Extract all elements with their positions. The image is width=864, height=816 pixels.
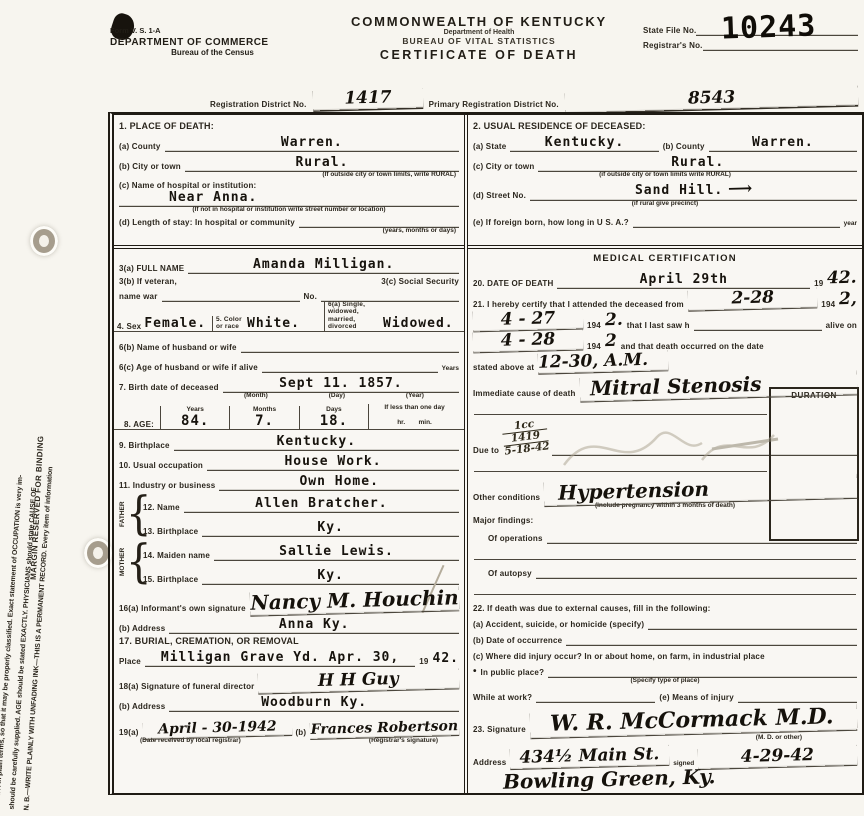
- field-caption: (If outside city or town limits, write R…: [322, 171, 456, 178]
- field-caption: (if rural give precinct): [632, 200, 698, 207]
- place-of-death-section: 1. PLACE OF DEATH: (a) CountyWarren. (b)…: [114, 115, 464, 249]
- marital-value: Widowed.: [383, 316, 454, 331]
- field-label: 18(a) Signature of funeral director: [119, 682, 254, 691]
- field-label: No.: [304, 292, 318, 301]
- pencil-scribble: [552, 415, 782, 485]
- field-label: 6(c) Age of husband or wife if alive: [119, 363, 258, 372]
- district-label: Registration District No.: [210, 100, 307, 109]
- hr-caption: hr.: [397, 419, 405, 426]
- father-birthplace-value: Ky.: [202, 520, 459, 536]
- field-label: While at work?: [473, 693, 532, 702]
- field-label: 13. Birthplace: [143, 527, 198, 536]
- year-prefix: 194: [821, 300, 835, 309]
- sex-color-marital-row: 4. Sex Female. 5. Color or race White. 6…: [114, 301, 464, 332]
- father-section: FATHER { 12. NameAllen Bratcher. 13. Bir…: [114, 490, 464, 538]
- certify-text: stated above at: [473, 363, 534, 372]
- mother-side-label: MOTHER: [114, 538, 126, 586]
- hospital-value: Near Anna.: [119, 190, 459, 206]
- state-file-number-stamp: 10243: [720, 8, 816, 46]
- section-title: 2. USUAL RESIDENCE OF DECEASED:: [473, 121, 646, 131]
- physician-city: Bowling Green, Ky.: [503, 764, 716, 794]
- informant-address: Anna Ky.: [169, 617, 459, 633]
- field-label: (d) Length of stay: In hospital or commu…: [119, 218, 295, 227]
- certificate-body: 1. PLACE OF DEATH: (a) CountyWarren. (b)…: [108, 112, 864, 795]
- age-years-value: 84.: [181, 413, 209, 429]
- age-days-value: 18.: [320, 413, 348, 429]
- field-label: (e) Means of injury: [659, 693, 733, 702]
- last-seen-year: 2: [605, 331, 617, 351]
- duration-box: DURATION: [769, 387, 859, 541]
- field-label: Place: [119, 657, 141, 666]
- field-label: (d) Street No.: [473, 191, 526, 200]
- brace: {: [126, 534, 138, 589]
- informant-signature: Nancy M. Houchin: [250, 585, 460, 615]
- date-of-death-value: April 29th: [557, 272, 810, 288]
- field-label: (b): [295, 728, 306, 737]
- field-label: (c) City or town: [473, 162, 534, 171]
- father-name-value: Allen Bratcher.: [184, 496, 459, 512]
- vital-statistics: BUREAU OF VITAL STATISTICS: [315, 36, 643, 46]
- date-received-value: April - 30-1942: [142, 718, 291, 739]
- field-label: 23. Signature: [473, 725, 526, 734]
- certify-text: alive on: [826, 321, 857, 330]
- full-name-value: Amanda Milligan.: [188, 257, 459, 273]
- field-label: (b) City or town: [119, 162, 181, 171]
- field-label: Of operations: [488, 534, 543, 543]
- field-caption: (years, months or days): [383, 227, 456, 234]
- field-label: 3(c) Social Security: [381, 277, 459, 286]
- certify-text: that I last saw h: [627, 321, 690, 330]
- birthdate-value: Sept 11. 1857.: [223, 376, 459, 392]
- registrar-no-line: [703, 49, 858, 50]
- field-label: (c) Where did injury occur? In or about …: [473, 652, 765, 661]
- date-signed-value: 4-29-42: [698, 744, 857, 769]
- field-label: (a) Accident, suicide, or homicide (spec…: [473, 620, 644, 629]
- funeral-director-address: Woodburn Ky.: [169, 695, 459, 711]
- age-years-caption: Years: [187, 406, 204, 413]
- field-label: 15. Birthplace: [143, 575, 198, 584]
- punch-hole: [30, 226, 58, 256]
- field-label: In public place?: [481, 668, 545, 677]
- residence-section: 2. USUAL RESIDENCE OF DECEASED: (a) Stat…: [468, 115, 862, 249]
- field-label: 9. Birthplace: [119, 441, 170, 450]
- handwritten-arrow: ⟶: [727, 179, 752, 200]
- external-causes-title: 22. If death was due to external causes,…: [473, 604, 711, 613]
- field-label: 3(b) If veteran,: [119, 277, 177, 286]
- mother-birthplace-value: Ky.: [202, 568, 459, 584]
- field-label: Major findings:: [473, 516, 533, 525]
- residence-street-value: Sand Hill.: [635, 183, 723, 198]
- field-label: 14. Maiden name: [143, 551, 210, 560]
- occupation-value: House Work.: [207, 454, 459, 470]
- section-title: 1. PLACE OF DEATH:: [119, 121, 214, 131]
- date-of-death-year: 42.: [827, 268, 857, 289]
- burial-year-value: 42.: [433, 651, 459, 666]
- age-days-caption: Days: [326, 406, 342, 413]
- field-label: name war: [119, 292, 158, 301]
- pencil-notation: 1cc 1419 5-18-42: [501, 417, 550, 457]
- registrar-no-label: Registrar's No.: [643, 41, 703, 50]
- field-caption: (M. D. or other): [756, 734, 802, 741]
- medical-certification-title: MEDICAL CERTIFICATION: [468, 253, 862, 264]
- left-column: 1. PLACE OF DEATH: (a) CountyWarren. (b)…: [114, 115, 468, 793]
- birthplace-value: Kentucky.: [174, 434, 459, 450]
- certificate-title: CERTIFICATE OF DEATH: [315, 48, 643, 62]
- field-label: (b) Address: [119, 702, 165, 711]
- field-label: 6(b) Name of husband or wife: [119, 343, 237, 352]
- bureau-name: Bureau of the Census: [110, 48, 315, 57]
- field-label: (b) Date of occurrence: [473, 636, 562, 645]
- field-label: 6(a) Single, widowed, married, divorced: [328, 301, 380, 331]
- age-months-value: 7.: [255, 413, 274, 429]
- brace: {: [126, 486, 138, 541]
- registration-line: Registration District No. 1417 Primary R…: [210, 88, 858, 109]
- field-label: Immediate cause of death: [473, 389, 576, 398]
- time-of-death: 12-30, A.M.: [538, 349, 669, 373]
- registrar-signature: Frances Robertson: [310, 718, 459, 739]
- field-label: 19(a): [119, 728, 139, 737]
- field-label: 20. DATE OF DEATH: [473, 279, 553, 288]
- field-label: (c) Name of hospital or institution:: [119, 181, 256, 190]
- foreign-line: [633, 226, 840, 227]
- field-label: (e) If foreign born, how long in U S. A.…: [473, 218, 629, 227]
- field-label: (a) County: [119, 142, 161, 151]
- burial-place-value: Milligan Grave Yd. Apr. 30,: [145, 650, 415, 666]
- attended-to-year: 2.: [605, 310, 623, 330]
- attended-from-year: 2,: [839, 289, 857, 309]
- field-label: (a) State: [473, 142, 506, 151]
- mother-section: MOTHER { 14. Maiden nameSallie Lewis. 15…: [114, 538, 464, 586]
- field-label: 10. Usual occupation: [119, 461, 203, 470]
- field-label: Address: [473, 758, 506, 767]
- field-label: Due to: [473, 446, 499, 455]
- ruled-line: [474, 543, 856, 560]
- primary-district-label: Primary Registration District No.: [429, 100, 559, 109]
- field-label: Other conditions: [473, 493, 540, 502]
- field-label: 7. Birth date of deceased: [119, 383, 219, 392]
- year-prefix: 194: [587, 342, 601, 351]
- age-less-caption: If less than one day: [384, 404, 444, 411]
- district-number: 1417: [312, 87, 423, 111]
- field-label: 3(a) FULL NAME: [119, 264, 184, 273]
- physician-signature: W. R. McCormack M.D.: [530, 703, 858, 739]
- field-suffix: year: [844, 220, 857, 227]
- state-file-label: State File No.: [643, 26, 696, 35]
- residence-county-value: Warren.: [709, 135, 857, 151]
- field-label: (b) Address: [119, 624, 165, 633]
- age-row: 8. AGE: Years84. Months7. Days18. If les…: [114, 399, 464, 430]
- field-suffix: Years: [442, 365, 459, 372]
- day-caption: (Day): [329, 392, 345, 399]
- funeral-director-signature: H H Guy: [258, 667, 459, 693]
- ruled-line: [474, 578, 856, 595]
- form-number: Form V. S. 1-A: [110, 26, 315, 35]
- field-label: 4. Sex: [117, 322, 141, 331]
- year-prefix: 19: [419, 657, 428, 666]
- field-label: (b) County: [663, 142, 705, 151]
- age-months-caption: Months: [253, 406, 276, 413]
- attended-to-date: 4 - 27: [473, 308, 584, 332]
- field-label: 5. Color or race: [216, 316, 244, 331]
- mother-name-value: Sallie Lewis.: [214, 544, 459, 560]
- father-side-label: FATHER: [114, 490, 126, 538]
- bullet: •: [473, 666, 477, 677]
- field-caption: (Specify type of place): [631, 677, 700, 684]
- industry-value: Own Home.: [219, 474, 459, 490]
- city-value: Rural.: [185, 155, 459, 171]
- field-caption: (If not in hospital or institution write…: [192, 206, 385, 213]
- year-caption: (Year): [406, 392, 424, 399]
- residence-city-value: Rural.: [538, 155, 857, 171]
- attended-from-date: 2-28: [688, 286, 818, 310]
- county-value: Warren.: [165, 135, 459, 151]
- field-label: 16(a) Informant's own signature: [119, 604, 246, 613]
- sex-value: Female.: [144, 316, 206, 331]
- health-dept: Department of Health: [315, 29, 643, 36]
- commonwealth-title: COMMONWEALTH OF KENTUCKY: [315, 14, 643, 29]
- residence-state-value: Kentucky.: [510, 135, 658, 151]
- field-label: Of autopsy: [488, 569, 532, 578]
- primary-district-number: 8543: [565, 84, 859, 113]
- field-label: 8. AGE:: [124, 420, 154, 429]
- min-caption: min.: [418, 419, 431, 426]
- field-caption: (Registrar's signature): [369, 737, 438, 744]
- color-value: White.: [247, 316, 300, 331]
- form-header: Form V. S. 1-A DEPARTMENT OF COMMERCE Bu…: [110, 14, 858, 62]
- right-column: 2. USUAL RESIDENCE OF DECEASED: (a) Stat…: [468, 115, 862, 793]
- department-name: DEPARTMENT OF COMMERCE: [110, 37, 315, 48]
- year-prefix: 194: [587, 321, 601, 330]
- burial-title: 17. BURIAL, CREMATION, OR REMOVAL: [119, 636, 299, 646]
- month-caption: (Month): [244, 392, 268, 399]
- field-caption: (if outside city or town limits write RU…: [599, 171, 731, 178]
- last-seen-date: 4 - 28: [473, 329, 584, 353]
